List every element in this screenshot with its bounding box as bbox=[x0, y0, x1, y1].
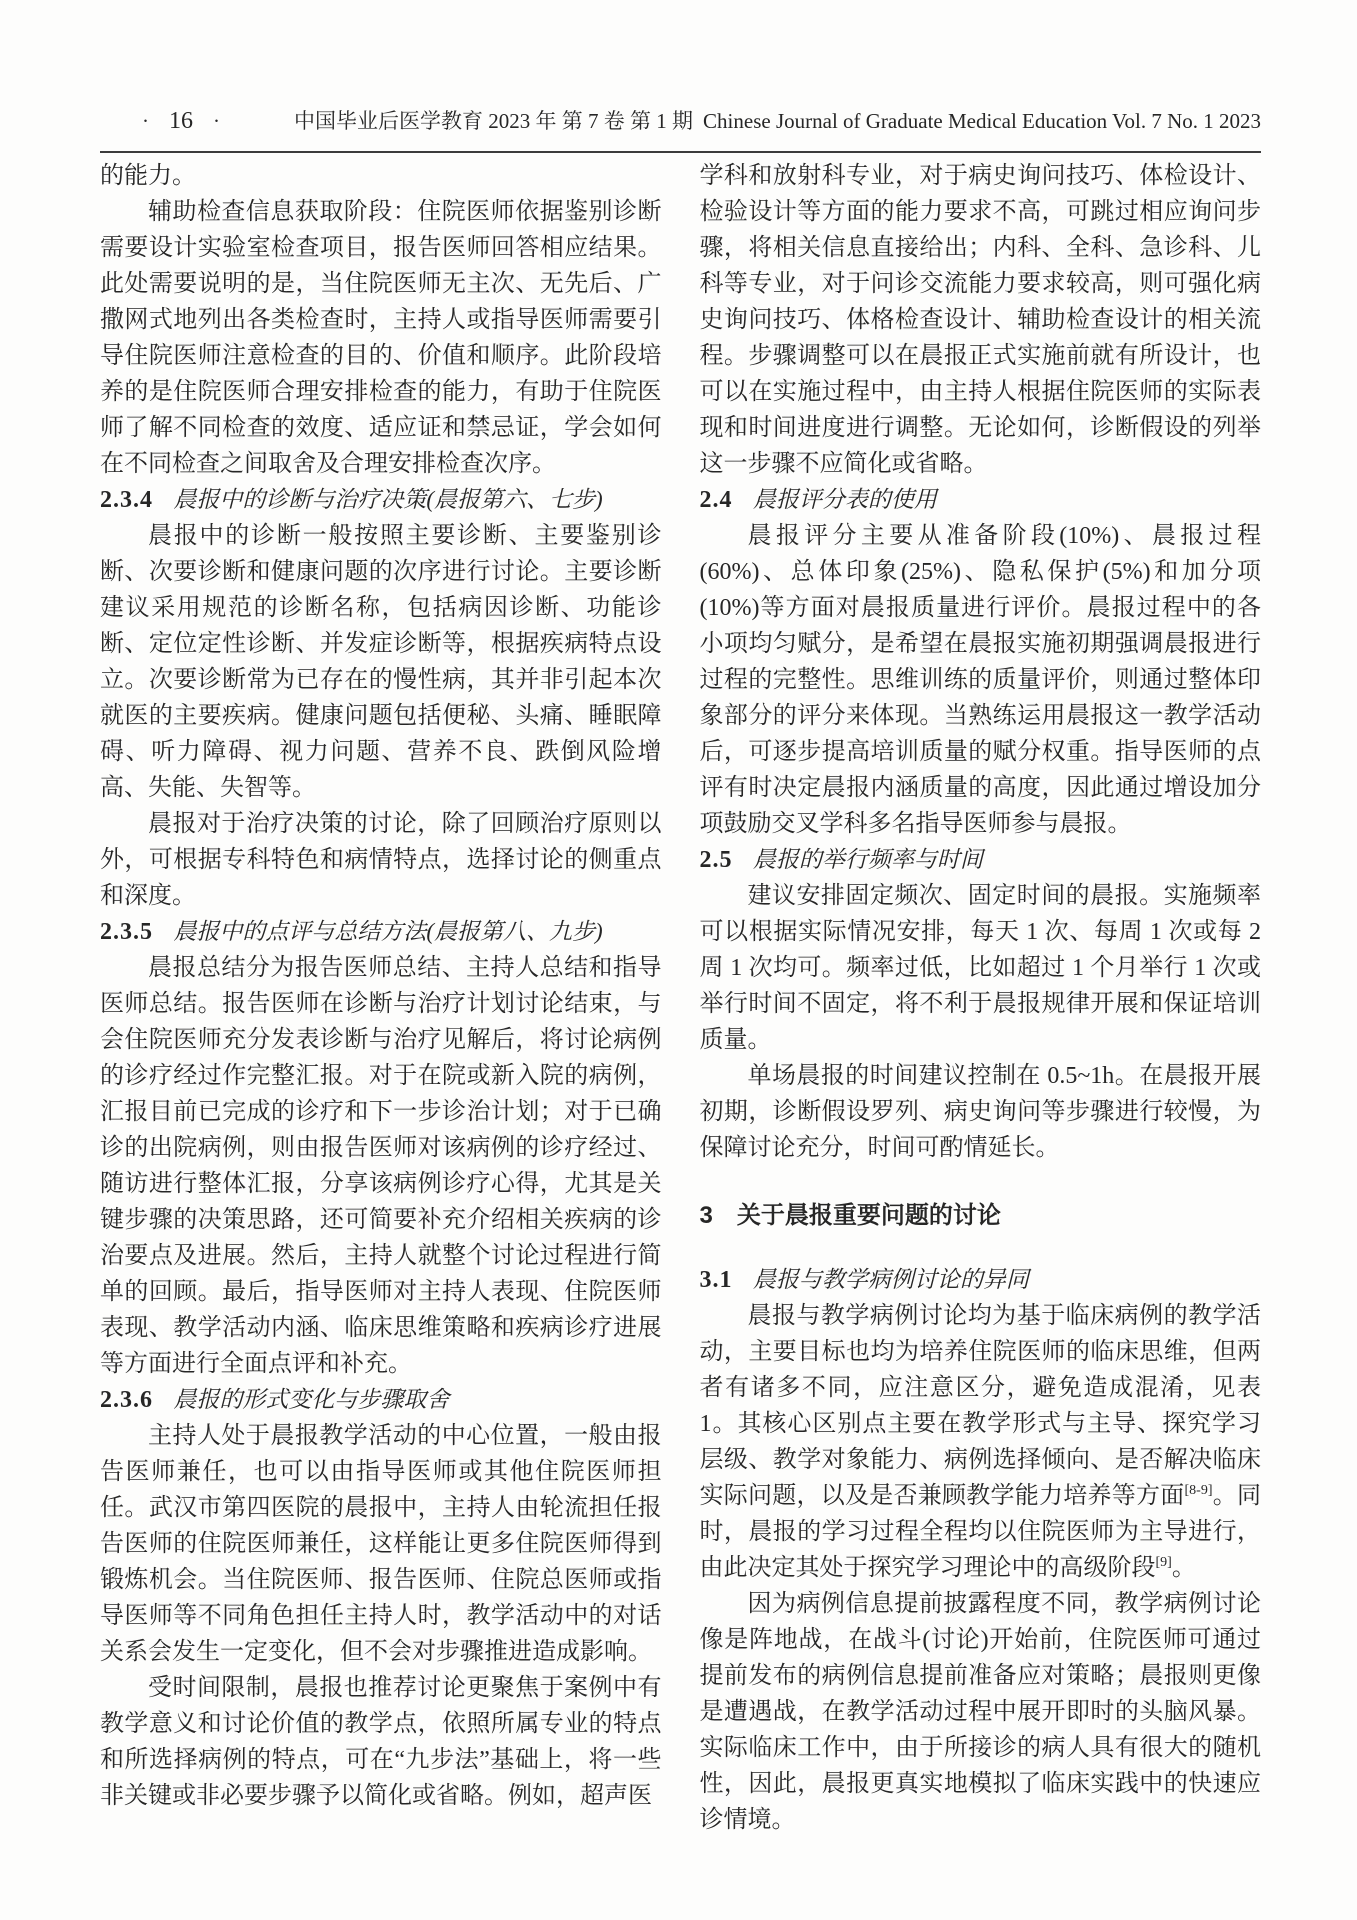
text-run: 因为病例信息提前披露程度不同，教学病例讨论像是阵地战，在战斗(讨论)开始前，住院… bbox=[700, 1591, 1262, 1833]
text-run: 建议安排固定频次、固定时间的晨报。实施频率可以根据实际情况安排，每天 1 次、每… bbox=[700, 883, 1262, 1053]
paragraph: 的能力。 bbox=[100, 158, 662, 194]
subsection-heading: 2.3.4晨报中的诊断与治疗决策(晨报第六、七步) bbox=[100, 482, 662, 518]
article-body: 的能力。辅助检查信息获取阶段：住院医师依据鉴别诊断需要设计实验室检查项目，报告医… bbox=[100, 158, 1261, 1838]
page-number: 16 bbox=[169, 108, 193, 134]
text-run: 晨报评分主要从准备阶段(10%)、晨报过程(60%)、总体印象(25%)、隐私保… bbox=[700, 523, 1262, 837]
heading-number: 3.1 bbox=[700, 1267, 733, 1293]
subsection-heading: 2.4晨报评分表的使用 bbox=[700, 482, 1262, 518]
text-run: 晨报总结分为报告医师总结、主持人总结和指导医师总结。报告医师在诊断与治疗计划讨论… bbox=[100, 955, 662, 1377]
heading-title: 晨报评分表的使用 bbox=[753, 487, 937, 512]
left-column: 的能力。辅助检查信息获取阶段：住院医师依据鉴别诊断需要设计实验室检查项目，报告医… bbox=[100, 158, 662, 1838]
heading-number: 3 bbox=[700, 1202, 713, 1229]
page-number-right-dot: · bbox=[213, 109, 220, 133]
journal-title: 中国毕业后医学教育 2023 年 第 7 卷 第 1 期Chinese Jour… bbox=[294, 108, 1261, 134]
paragraph: 晨报总结分为报告医师总结、主持人总结和指导医师总结。报告医师在诊断与治疗计划讨论… bbox=[100, 950, 662, 1382]
text-run: 晨报中的诊断一般按照主要诊断、主要鉴别诊断、次要诊断和健康问题的次序进行讨论。主… bbox=[100, 523, 662, 801]
text-run: 主持人处于晨报教学活动的中心位置，一般由报告医师兼任，也可以由指导医师或其他住院… bbox=[100, 1423, 662, 1665]
journal-title-en: Chinese Journal of Graduate Medical Educ… bbox=[703, 109, 1261, 133]
page-number-left-dot: · bbox=[142, 109, 149, 133]
subsection-heading: 2.5晨报的举行频率与时间 bbox=[700, 842, 1262, 878]
text-run: 辅助检查信息获取阶段：住院医师依据鉴别诊断需要设计实验室检查项目，报告医师回答相… bbox=[100, 199, 662, 477]
subsection-heading: 2.3.6晨报的形式变化与步骤取舍 bbox=[100, 1382, 662, 1418]
section-heading: 3关于晨报重要问题的讨论 bbox=[700, 1198, 1262, 1234]
paragraph: 受时间限制，晨报也推荐讨论更聚焦于案例中有教学意义和讨论价值的教学点，依照所属专… bbox=[100, 1670, 662, 1814]
journal-title-cn: 中国毕业后医学教育 2023 年 第 7 卷 第 1 期 bbox=[294, 109, 693, 133]
text-run: 的能力。 bbox=[100, 163, 196, 189]
citation-superscript: [8-9] bbox=[1185, 1483, 1213, 1498]
heading-title: 晨报的举行频率与时间 bbox=[753, 847, 983, 872]
text-run: 单场晨报的时间建议控制在 0.5~1h。在晨报开展初期，诊断假设罗列、病史询问等… bbox=[700, 1063, 1262, 1161]
heading-number: 2.3.4 bbox=[100, 487, 153, 513]
text-run: 受时间限制，晨报也推荐讨论更聚焦于案例中有教学意义和讨论价值的教学点，依照所属专… bbox=[100, 1675, 662, 1809]
page-number-block: ·16· bbox=[100, 108, 240, 134]
paragraph: 建议安排固定频次、固定时间的晨报。实施频率可以根据实际情况安排，每天 1 次、每… bbox=[700, 878, 1262, 1058]
heading-title: 晨报中的诊断与治疗决策(晨报第六、七步) bbox=[173, 487, 602, 512]
paragraph: 辅助检查信息获取阶段：住院医师依据鉴别诊断需要设计实验室检查项目，报告医师回答相… bbox=[100, 194, 662, 482]
subsection-heading: 2.3.5晨报中的点评与总结方法(晨报第八、九步) bbox=[100, 914, 662, 950]
heading-title: 晨报的形式变化与步骤取舍 bbox=[173, 1387, 449, 1412]
paragraph: 晨报中的诊断一般按照主要诊断、主要鉴别诊断、次要诊断和健康问题的次序进行讨论。主… bbox=[100, 518, 662, 806]
heading-number: 2.4 bbox=[700, 487, 733, 513]
heading-title: 晨报中的点评与总结方法(晨报第八、九步) bbox=[173, 919, 602, 944]
paragraph: 主持人处于晨报教学活动的中心位置，一般由报告医师兼任，也可以由指导医师或其他住院… bbox=[100, 1418, 662, 1670]
text-run: 晨报与教学病例讨论均为基于临床病例的教学活动，主要目标也均为培养住院医师的临床思… bbox=[700, 1303, 1262, 1509]
paragraph: 单场晨报的时间建议控制在 0.5~1h。在晨报开展初期，诊断假设罗列、病史询问等… bbox=[700, 1058, 1262, 1166]
text-run: 。 bbox=[1172, 1555, 1196, 1581]
subsection-heading: 3.1晨报与教学病例讨论的异同 bbox=[700, 1262, 1262, 1298]
paragraph: 晨报对于治疗决策的讨论，除了回顾治疗原则以外，可根据专科特色和病情特点，选择讨论… bbox=[100, 806, 662, 914]
heading-title: 关于晨报重要问题的讨论 bbox=[737, 1202, 1001, 1229]
heading-number: 2.3.6 bbox=[100, 1387, 153, 1413]
paragraph: 晨报评分主要从准备阶段(10%)、晨报过程(60%)、总体印象(25%)、隐私保… bbox=[700, 518, 1262, 842]
text-run: 学科和放射科专业，对于病史询问技巧、体检设计、检验设计等方面的能力要求不高，可跳… bbox=[700, 163, 1262, 477]
paragraph: 晨报与教学病例讨论均为基于临床病例的教学活动，主要目标也均为培养住院医师的临床思… bbox=[700, 1298, 1262, 1586]
paragraph: 学科和放射科专业，对于病史询问技巧、体检设计、检验设计等方面的能力要求不高，可跳… bbox=[700, 158, 1262, 482]
page-header: ·16· 中国毕业后医学教育 2023 年 第 7 卷 第 1 期Chinese… bbox=[100, 108, 1261, 134]
citation-superscript: [9] bbox=[1156, 1555, 1172, 1570]
heading-number: 2.5 bbox=[700, 847, 733, 873]
heading-number: 2.3.5 bbox=[100, 919, 153, 945]
text-run: 晨报对于治疗决策的讨论，除了回顾治疗原则以外，可根据专科特色和病情特点，选择讨论… bbox=[100, 811, 662, 909]
header-rule bbox=[100, 151, 1261, 153]
paragraph: 因为病例信息提前披露程度不同，教学病例讨论像是阵地战，在战斗(讨论)开始前，住院… bbox=[700, 1586, 1262, 1838]
journal-page: ·16· 中国毕业后医学教育 2023 年 第 7 卷 第 1 期Chinese… bbox=[0, 0, 1357, 1920]
heading-title: 晨报与教学病例讨论的异同 bbox=[753, 1267, 1029, 1292]
right-column: 学科和放射科专业，对于病史询问技巧、体检设计、检验设计等方面的能力要求不高，可跳… bbox=[700, 158, 1262, 1838]
